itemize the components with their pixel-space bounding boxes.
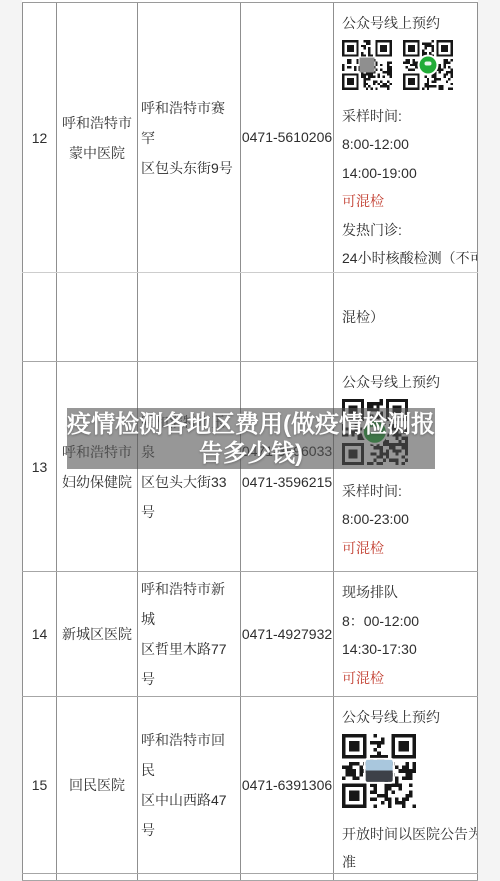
hospital-name-cell: 回民医院	[57, 697, 138, 873]
phone-cell: 0471-4927932	[241, 572, 334, 696]
row-number-cell: 15	[22, 697, 57, 873]
hospital-name-line: 回民医院	[69, 770, 125, 800]
phone-number: 0471-5610206	[242, 122, 332, 153]
address-line: 呼和浩特市新城	[141, 574, 237, 634]
address-cell	[138, 273, 241, 361]
address-line: 呼和浩特市回民	[141, 725, 237, 785]
detail-text-line: 8：00-12:00	[342, 607, 419, 636]
phone-number: 0471-3596215	[242, 467, 332, 498]
phone-cell	[241, 874, 334, 880]
detail-text-line: 公众号线上预约	[342, 9, 440, 38]
mixed-test-flag: 可混检	[342, 534, 384, 563]
watermark-overlay: 疫情检测各地区费用(做疫情检测报 告多少钱)	[67, 408, 435, 469]
phone-cell: 0471-5610206	[241, 3, 334, 272]
detail-text-line: 发热门诊:	[342, 216, 402, 245]
address-line: 区包头东街9号	[141, 153, 237, 183]
hospital-name-cell: 呼和浩特市蒙中医院	[57, 3, 138, 272]
table-row: 混检）	[22, 273, 478, 362]
detail-text-line: 14:00-19:00	[342, 159, 417, 188]
booking-details-cell: 混检）	[334, 273, 478, 361]
hospital-name-line: 呼和浩特市	[62, 108, 132, 138]
qr-code	[342, 734, 416, 808]
wechat-official-account-logo-icon	[420, 56, 437, 73]
hospital-name-line: 新城区医院	[62, 619, 132, 649]
hospital-name-cell	[57, 874, 138, 880]
row-number-cell: 14	[22, 572, 57, 696]
row-number-cell	[22, 273, 57, 361]
detail-text-line: 24小时核酸检测（不可	[342, 244, 478, 272]
address-line: 区中山西路47号	[141, 785, 237, 845]
address-cell: 呼和浩特市回民区中山西路47号	[138, 697, 241, 873]
table-row: 14新城区医院呼和浩特市新城区哲里木路77号0471-4927932现场排队8：…	[22, 572, 478, 697]
detail-text-line: 8:00-23:00	[342, 505, 409, 534]
hospital-photo-logo-icon	[366, 759, 393, 781]
booking-details-cell	[334, 874, 478, 880]
qr-code-group	[342, 40, 453, 90]
detail-text-line: 采样时间:	[342, 477, 402, 506]
qr-code-group	[342, 734, 416, 808]
address-line: 区哲里木路77号	[141, 634, 237, 694]
watermark-line2: 告多少钱)	[199, 439, 303, 468]
table-row: 15回民医院呼和浩特市回民区中山西路47号0471-6391306公众号线上预约…	[22, 697, 478, 874]
booking-details-cell: 公众号线上预约开放时间以医院公告为准	[334, 697, 478, 873]
hospital-name-line: 妇幼保健院	[62, 467, 132, 497]
gray-square-logo-icon	[360, 57, 375, 72]
phone-cell: 0471-6391306	[241, 697, 334, 873]
booking-details-cell: 公众号线上预约采样时间:8:00-12:0014:00-19:00可混检发热门诊…	[334, 3, 478, 272]
watermark-line1: 疫情检测各地区费用(做疫情检测报	[67, 410, 435, 439]
qr-code	[403, 40, 453, 90]
row-number-cell: 12	[22, 3, 57, 272]
address-cell: 呼和浩特市赛罕区包头东街9号	[138, 3, 241, 272]
table-row	[22, 874, 478, 881]
detail-text-line: 准	[342, 848, 356, 873]
row-number-cell	[22, 874, 57, 880]
detail-text-line: 现场排队	[342, 578, 398, 607]
address-line: 呼和浩特市赛罕	[141, 93, 237, 153]
hospital-name-cell: 新城区医院	[57, 572, 138, 696]
detail-text-line: 采样时间:	[342, 102, 402, 131]
phone-cell	[241, 273, 334, 361]
detail-text-line: 14:30-17:30	[342, 635, 417, 664]
detail-text-line: 公众号线上预约	[342, 368, 440, 397]
row-number-cell: 13	[22, 362, 57, 571]
table-row: 12呼和浩特市蒙中医院呼和浩特市赛罕区包头东街9号0471-5610206公众号…	[22, 3, 478, 273]
mixed-test-flag: 可混检	[342, 664, 384, 693]
detail-text-line: 8:00-12:00	[342, 130, 409, 159]
detail-text-line: 开放时间以医院公告为	[342, 820, 478, 849]
mixed-test-flag: 可混检	[342, 187, 384, 216]
detail-text-line: 混检）	[342, 303, 384, 332]
address-line: 区包头大街33号	[141, 467, 237, 527]
address-cell	[138, 874, 241, 880]
booking-details-cell: 现场排队8：00-12:0014:30-17:30可混检	[334, 572, 478, 696]
phone-number: 0471-6391306	[242, 770, 332, 801]
hospital-name-cell	[57, 273, 138, 361]
detail-text-line: 公众号线上预约	[342, 703, 440, 732]
hospital-name-line: 蒙中医院	[69, 138, 125, 168]
address-cell: 呼和浩特市新城区哲里木路77号	[138, 572, 241, 696]
qr-code	[342, 40, 392, 90]
phone-number: 0471-4927932	[242, 619, 332, 650]
